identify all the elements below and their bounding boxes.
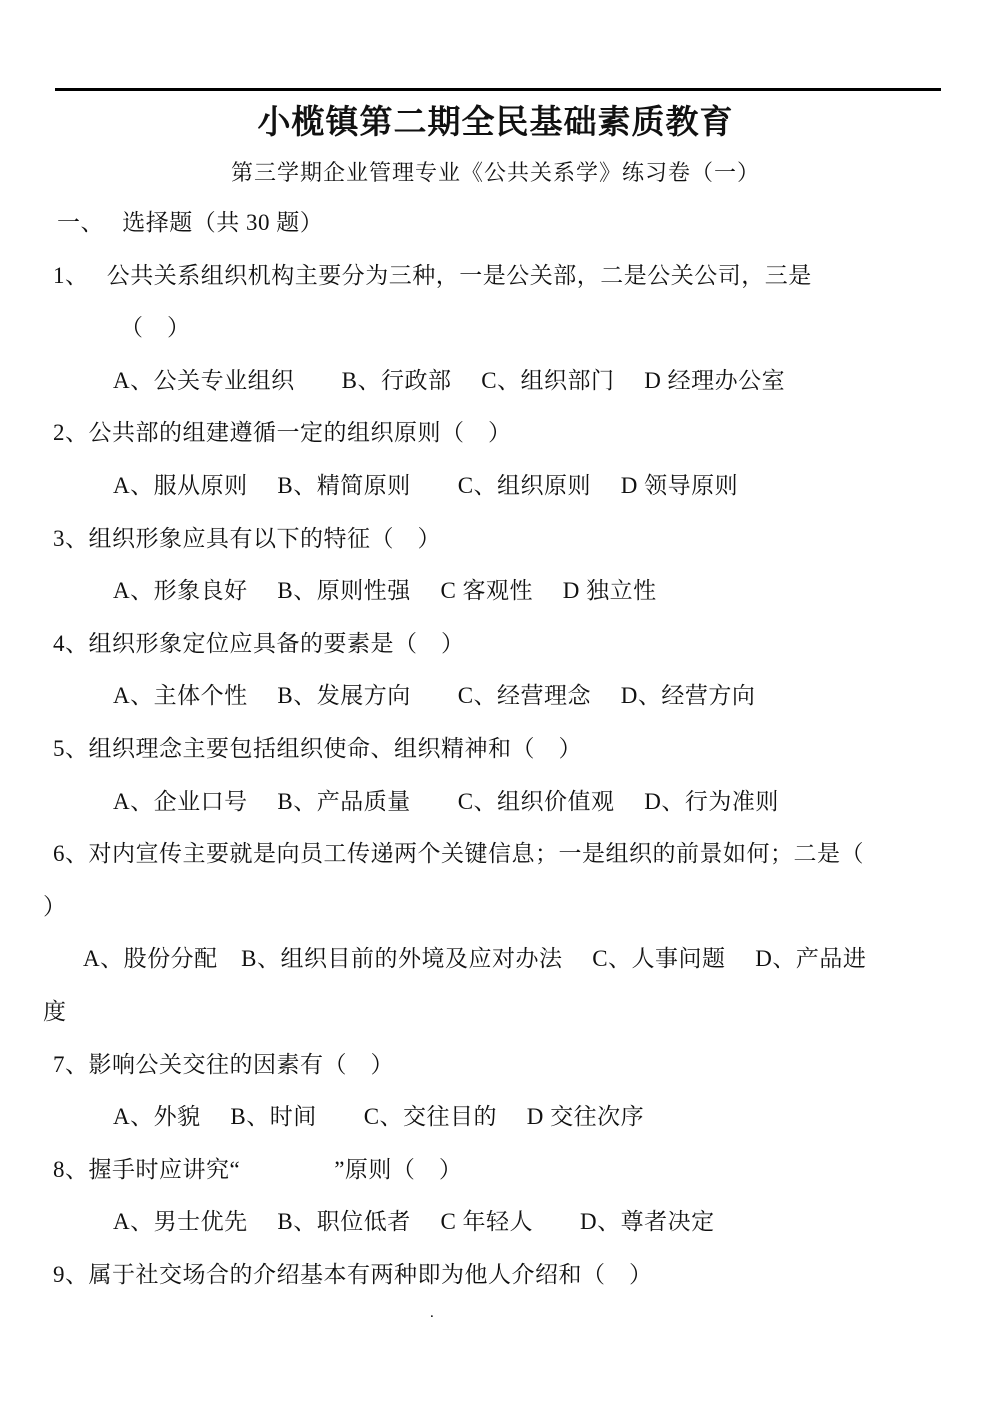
question-8-options: A、男士优先 B、职位低者 C 年轻人 D、尊者决定 — [43, 1196, 948, 1249]
question-9-stem: 9、属于社交场合的介绍基本有两种即为他人介绍和（ ） — [43, 1249, 948, 1302]
question-2-stem: 2、公共部的组建遵循一定的组织原则（ ） — [43, 407, 948, 460]
section-heading: 一、 选择题（共 30 题） — [43, 197, 948, 250]
question-6-options-line-1: A、股份分配 B、组织目前的外境及应对办法 C、人事问题 D、产品进 — [43, 933, 948, 986]
question-4-stem: 4、组织形象定位应具备的要素是（ ） — [43, 618, 948, 671]
question-1-stem-line-2: （ ） — [43, 302, 948, 355]
question-1-stem-line-1: 1、 公共关系组织机构主要分为三种，一是公关部，二是公关公司，三是 — [43, 250, 948, 303]
question-6-stem-line-1: 6、对内宣传主要就是向员工传递两个关键信息；一是组织的前景如何；二是（ — [43, 828, 948, 881]
question-7-stem: 7、影响公关交往的因素有（ ） — [43, 1039, 948, 1092]
header-rule — [55, 88, 941, 91]
stray-period-mark: . — [430, 1306, 434, 1321]
question-7-options: A、外貌 B、时间 C、交往目的 D 交往次序 — [43, 1091, 948, 1144]
question-1-options: A、公关专业组织 B、行政部 C、组织部门 D 经理办公室 — [43, 355, 948, 408]
question-3-options: A、形象良好 B、原则性强 C 客观性 D 独立性 — [43, 565, 948, 618]
question-5-options: A、企业口号 B、产品质量 C、组织价值观 D、行为准则 — [43, 776, 948, 829]
question-2-options: A、服从原则 B、精简原则 C、组织原则 D 领导原则 — [43, 460, 948, 513]
question-8-stem: 8、握手时应讲究“ ”原则（ ） — [43, 1144, 948, 1197]
question-6-stem-line-2: ） — [43, 881, 948, 934]
question-list: 一、 选择题（共 30 题） 1、 公共关系组织机构主要分为三种，一是公关部，二… — [43, 197, 948, 1301]
document-page: 小榄镇第二期全民基础素质教育 第三学期企业管理专业《公共关系学》练习卷（一） 一… — [0, 0, 993, 1404]
question-6-options-line-2: 度 — [43, 986, 948, 1039]
question-4-options: A、主体个性 B、发展方向 C、经营理念 D、经营方向 — [43, 670, 948, 723]
document-subtitle: 第三学期企业管理专业《公共关系学》练习卷（一） — [43, 153, 948, 193]
question-3-stem: 3、组织形象应具有以下的特征（ ） — [43, 513, 948, 566]
question-5-stem: 5、组织理念主要包括组织使命、组织精神和（ ） — [43, 723, 948, 776]
document-title: 小榄镇第二期全民基础素质教育 — [43, 93, 948, 153]
